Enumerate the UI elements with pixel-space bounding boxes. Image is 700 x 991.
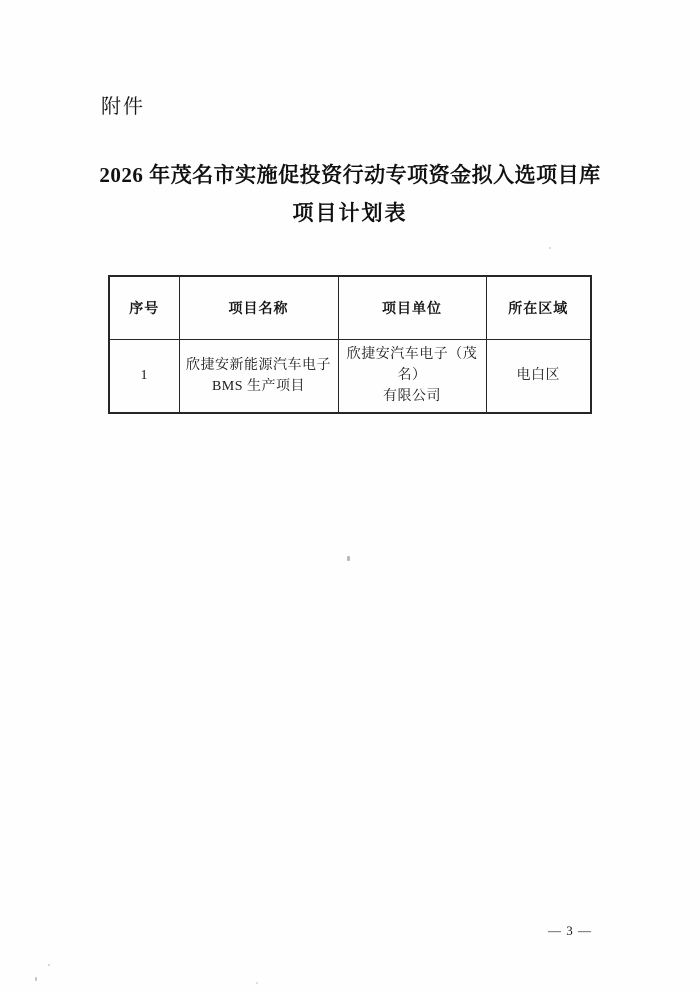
project-unit-line1: 欣捷安汽车电子（茂名） — [339, 344, 486, 386]
header-project-unit: 项目单位 — [338, 276, 486, 339]
cell-seq: 1 — [109, 339, 179, 413]
project-table: 序号 项目名称 项目单位 所在区域 1 欣捷安新能源汽车电子 BMS 生产项目 … — [108, 275, 592, 414]
header-region: 所在区域 — [486, 276, 591, 339]
page-number: — 3 — — [548, 923, 592, 939]
header-seq: 序号 — [109, 276, 179, 339]
document-title-line2: 项目计划表 — [0, 199, 700, 227]
scan-artifact — [347, 556, 350, 561]
project-name-line1: 欣捷安新能源汽车电子 — [180, 355, 338, 376]
project-table-body: 1 欣捷安新能源汽车电子 BMS 生产项目 欣捷安汽车电子（茂名） 有限公司 电… — [109, 339, 591, 413]
scan-artifact — [48, 964, 50, 966]
scan-artifact — [256, 982, 258, 984]
cell-project-name: 欣捷安新能源汽车电子 BMS 生产项目 — [179, 339, 338, 413]
document-page: 附件 2026 年茂名市实施促投资行动专项资金拟入选项目库 项目计划表 序号 项… — [0, 0, 700, 991]
document-title: 2026 年茂名市实施促投资行动专项资金拟入选项目库 项目计划表 — [0, 161, 700, 227]
scan-artifact — [35, 977, 37, 981]
attachment-label: 附件 — [101, 90, 145, 119]
project-name-line2: BMS 生产项目 — [180, 376, 338, 397]
document-title-line1: 2026 年茂名市实施促投资行动专项资金拟入选项目库 — [0, 161, 700, 189]
project-table-header: 序号 项目名称 项目单位 所在区域 — [109, 276, 591, 339]
table-row: 1 欣捷安新能源汽车电子 BMS 生产项目 欣捷安汽车电子（茂名） 有限公司 电… — [109, 339, 591, 413]
project-unit-line2: 有限公司 — [339, 386, 486, 407]
cell-region: 电白区 — [486, 339, 591, 413]
header-row: 序号 项目名称 项目单位 所在区域 — [109, 276, 591, 339]
header-project-name: 项目名称 — [179, 276, 338, 339]
scan-artifact — [549, 247, 551, 249]
cell-project-unit: 欣捷安汽车电子（茂名） 有限公司 — [338, 339, 486, 413]
